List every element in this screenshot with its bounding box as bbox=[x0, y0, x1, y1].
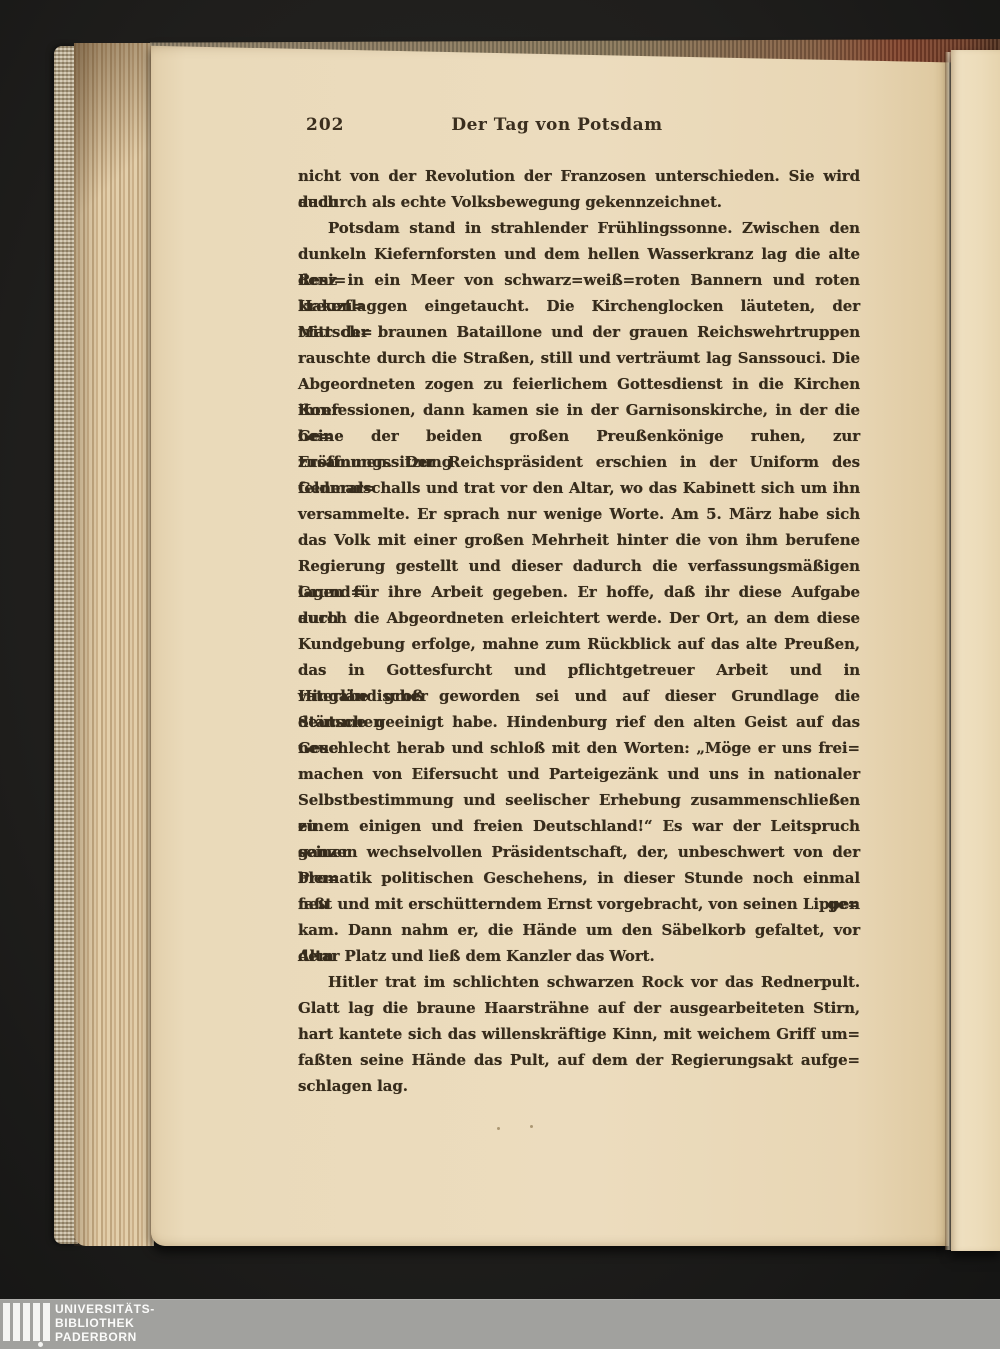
text-line: denz in ein Meer von schwarz=weiß=roten … bbox=[298, 267, 860, 293]
text-line: beine der beiden großen Preußenkönige ru… bbox=[298, 423, 860, 449]
text-block: nicht von der Revolution der Franzosen u… bbox=[298, 163, 860, 1099]
facing-page-sliver bbox=[951, 50, 1000, 1251]
text-line: tritt der braunen Bataillone und der gra… bbox=[298, 319, 860, 345]
library-name-line: PADERBORN bbox=[55, 1330, 155, 1344]
text-line: faßt und mit erschütterndem Ernst vorgeb… bbox=[298, 891, 860, 917]
text-line: das in Gottesfurcht und pflichtgetreuer … bbox=[298, 657, 860, 683]
text-line: schlagen lag. bbox=[298, 1073, 860, 1099]
text-line: ganzen wechselvollen Präsidentschaft, de… bbox=[298, 839, 860, 865]
text-line: Kundgebung erfolge, mahne zum Rückblick … bbox=[298, 631, 860, 657]
library-name-line: BIBLIOTHEK bbox=[55, 1316, 155, 1330]
text-line: Stämme geeinigt habe. Hindenburg rief de… bbox=[298, 709, 860, 735]
page-header: 202 Der Tag von Potsdam bbox=[298, 115, 860, 137]
text-line: einem einigen und freien Deutschland!“ E… bbox=[298, 813, 860, 839]
text-line: Potsdam stand in strahlender Frühlingsso… bbox=[298, 215, 860, 241]
text-line: Glatt lag die braune Haarsträhne auf der… bbox=[298, 995, 860, 1021]
paper-speck bbox=[530, 1125, 533, 1128]
text-line: Hitler trat im schlichten schwarzen Rock… bbox=[298, 969, 860, 995]
text-line: hart kantete sich das willenskräftige Ki… bbox=[298, 1021, 860, 1047]
text-line: Selbstbestimmung und seelischer Erhebung… bbox=[298, 787, 860, 813]
page-edge-stack bbox=[74, 43, 154, 1246]
text-line: dunkeln Kiefernforsten und dem hellen Wa… bbox=[298, 241, 860, 267]
text-line: Geschlecht herab und schloß mit den Wort… bbox=[298, 735, 860, 761]
library-name-line: UNIVERSITÄTS- bbox=[55, 1302, 155, 1316]
text-line: faßten seine Hände das Pult, auf dem der… bbox=[298, 1047, 860, 1073]
text-line: nicht von der Revolution der Franzosen u… bbox=[298, 163, 860, 189]
paper-speck bbox=[497, 1127, 500, 1130]
text-line: feldmarschalls und trat vor den Altar, w… bbox=[298, 475, 860, 501]
text-line: lagen für ihre Arbeit gegeben. Er hoffe,… bbox=[298, 579, 860, 605]
text-line: kam. Dann nahm er, die Hände um den Säbe… bbox=[298, 917, 860, 943]
text-line: zusammen. Der Reichspräsident erschien i… bbox=[298, 449, 860, 475]
text-line: kreuzflaggen eingetaucht. Die Kirchenglo… bbox=[298, 293, 860, 319]
text-line: Abgeordneten zogen zu feierlichem Gottes… bbox=[298, 371, 860, 397]
text-line: Altar Platz und ließ dem Kanzler das Wor… bbox=[298, 943, 860, 969]
text-line: dadurch als echte Volksbewegung gekennze… bbox=[298, 189, 860, 215]
scan-canvas: 202 Der Tag von Potsdam nicht von der Re… bbox=[0, 0, 1000, 1349]
library-logo-dot-icon bbox=[38, 1342, 43, 1347]
text-line: Hingabe groß geworden sei und auf dieser… bbox=[298, 683, 860, 709]
text-line: machen von Eifersucht und Parteigezänk u… bbox=[298, 761, 860, 787]
library-logo-icon bbox=[3, 1303, 50, 1341]
library-name: UNIVERSITÄTS- BIBLIOTHEK PADERBORN bbox=[55, 1302, 155, 1344]
text-line: rauschte durch die Straßen, still und ve… bbox=[298, 345, 860, 371]
text-line: Konfessionen, dann kamen sie in der Garn… bbox=[298, 397, 860, 423]
text-line: durch die Abgeordneten erleichtert werde… bbox=[298, 605, 860, 631]
running-title: Der Tag von Potsdam bbox=[276, 115, 838, 135]
text-line: das Volk mit einer großen Mehrheit hinte… bbox=[298, 527, 860, 553]
library-footer-bar: UNIVERSITÄTS- BIBLIOTHEK PADERBORN bbox=[0, 1299, 1000, 1349]
text-line: Regierung gestellt und dieser dadurch di… bbox=[298, 553, 860, 579]
text-line: blematik politischen Geschehens, in dies… bbox=[298, 865, 860, 891]
text-line: versammelte. Er sprach nur wenige Worte.… bbox=[298, 501, 860, 527]
